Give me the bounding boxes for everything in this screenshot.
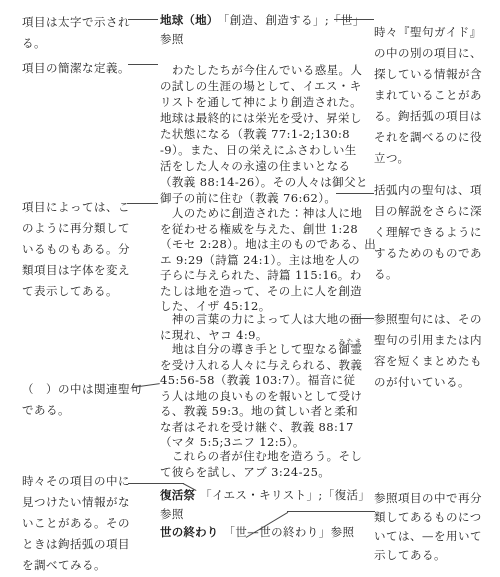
annotation-subclassification: 項目によっては、このように再分類しているものもある。分類項目は字体を変えて表示し… (22, 197, 152, 302)
text-line: に現れ、ヤコ 4:9。 (160, 328, 364, 344)
text-line: 括弧内の聖句は、項 (374, 180, 500, 201)
entry-paragraph-inheritance: 地は自分の導き手として聖なる御霊みたまを受け入れる人々に与えられる、教義45:5… (160, 342, 364, 451)
text-line: のように再分類して (22, 218, 152, 239)
text-line: 目の解説をさらに深 (374, 201, 500, 222)
annotation-reference-summaries: 参照聖句には、その聖句の引用または内容を短くまとめたものが付いている。 (374, 309, 500, 393)
text-line: ときは鉤括弧の項目 (22, 534, 152, 555)
text-line: たしは地を造って、その上に人を創造 (160, 284, 364, 300)
text-line: の試しの生涯の場として、イエス・キ (160, 78, 364, 94)
text-line: 活をした人々の永遠の住まいとなる (160, 158, 364, 174)
text-line: 時々『聖句ガイド』 (374, 22, 500, 43)
text-line: （モセ 2:28）。地は主のものである、出 (160, 237, 364, 253)
leader-line-dash-subclassified (287, 511, 375, 512)
entry-paragraph-created-for-man: 人のために創造された：神は人に地を従わせる権威を与えた、創世 1:28（モセ 2… (160, 206, 364, 315)
text-line: 子らに与えられた、詩篇 115:16。わ (160, 268, 364, 284)
text-line: リストを通して神により創造された。 (160, 94, 364, 110)
text-line: 類項目は字体を変え (22, 260, 152, 281)
text-line: る。 (374, 264, 500, 285)
text-line: 項目は太字で示され (22, 12, 152, 33)
text-line: 45:56-58（教義 103:7）。福音に従 (160, 373, 364, 389)
leader-line-subclassification (127, 203, 158, 204)
text-line: 示してある。 (374, 546, 500, 565)
scripture-guide-sample-page: 項目は太字で示される。 項目の簡潔な定義。 項目によっては、このように再分類して… (0, 0, 500, 577)
text-line: 人のために創造された：神は人に地 (160, 206, 364, 222)
entry-easter-refs-cont: 参照 (160, 505, 364, 524)
text-line: それを調べるのに役 (374, 127, 500, 148)
text-line: -9）。また、日の栄えにふさわしい生 (160, 142, 364, 158)
text-line: 地球は最終的には栄光を受け、昇栄し (160, 110, 364, 126)
text-line: た状態になる（教義 77:1-2;130:8 (160, 126, 364, 142)
text-line: これらの者が住む地を造ろう。そし (160, 449, 364, 465)
text-line: く理解できるように (374, 222, 500, 243)
text-line: （ ）の中は関連聖句 (22, 379, 152, 400)
entry-easter-refs: 「イエス・キリスト」;「復活」 (200, 488, 370, 502)
text-line: いては、—を用いて (374, 527, 500, 546)
text-line: するためのものであ (374, 243, 500, 264)
text-line: 項目によっては、こ (22, 197, 152, 218)
entry-earth-head: 地球（地）「創造、創造する」;「世」 参照 (160, 11, 364, 49)
text-line: 参照項目の中で再分 (374, 489, 500, 508)
text-line: る。鉤括弧の項目は (374, 106, 500, 127)
text-line: を受け入れる人々に与えられる、教義 (160, 358, 364, 374)
leader-line-reference-summaries (350, 318, 374, 319)
annotation-bracketed-lookup: 時々その項目の中に見つけたい情報がないことがある。そのときは鉤括弧の項目を調べて… (22, 471, 152, 576)
text-line: の中の別の項目に、 (374, 43, 500, 64)
text-line: いことがある。その (22, 513, 152, 534)
text-line: 神の言葉の力によって人は大地の面 (160, 312, 364, 328)
text-line: 時々その項目の中に (22, 471, 152, 492)
leader-line-bracketed-lookup (128, 483, 184, 484)
entry-paragraph-word-of-god: 神の言葉の力によって人は大地の面に現れ、ヤコ 4:9。 (160, 312, 364, 343)
text-line: 類してあるものにつ (374, 508, 500, 527)
text-line: う人は地の良いものを報いとして受け (160, 389, 364, 405)
ruby-furigana: みたま (338, 335, 362, 351)
entry-easter-term: 復活祭 (160, 488, 195, 502)
text-line: 項目の簡潔な定義。 (22, 58, 152, 79)
text-line: のが付いている。 (374, 372, 500, 393)
annotation-related-verses: （ ）の中は関連聖句である。 (22, 379, 152, 421)
text-line: 御子の前に住む（教義 76:62）。 (160, 190, 364, 206)
text-line: 立つ。 (374, 148, 500, 169)
text-line: わたしたちが今住んでいる惑星。人 (160, 62, 364, 78)
entry-end-of-world-term: 世の終わり (160, 525, 219, 539)
leader-line-other-entries (334, 19, 374, 20)
text-line: （教義 88:14-26）。その人々は御父と (160, 174, 364, 190)
text-line: る。 (22, 33, 152, 54)
entry-refs-cont: 参照 (160, 30, 364, 49)
text-line: 探している情報が含 (374, 64, 500, 85)
annotation-short-definition: 項目の簡潔な定義。 (22, 58, 152, 79)
leader-line-short-definition (128, 64, 158, 65)
text-line: いるものもある。分 (22, 239, 152, 260)
text-line: る、教義 59:3。地の貧しい者と柔和 (160, 404, 364, 420)
annotation-other-entries: 時々『聖句ガイド』の中の別の項目に、探している情報が含まれていることがある。鉤括… (374, 22, 500, 169)
text-line: を調べてみる。 (22, 555, 152, 576)
entry-term: 地球（地） (160, 13, 219, 27)
text-line: まれていることがあ (374, 85, 500, 106)
text-line: エ 9:29（詩篇 24:1）。主は地を人の (160, 253, 364, 269)
entry-paragraph-definition: わたしたちが今住んでいる惑星。人の試しの生涯の場として、イエス・キリストを通して… (160, 62, 364, 206)
annotation-dash-subclassified: 参照項目の中で再分類してあるものについては、—を用いて示してある。 (374, 489, 500, 565)
entry-refs: 「創造、創造する」;「世」 (224, 13, 365, 27)
text-line: な者はそれを受け継ぐ、教義 88:17 (160, 420, 364, 436)
text-line: 参照聖句には、その (374, 309, 500, 330)
leader-line-parenthetical-refs (336, 193, 374, 194)
entry-paragraph-abraham: これらの者が住む地を造ろう。そして彼らを試し、アブ 3:24-25。 (160, 449, 364, 480)
entry-easter: 復活祭「イエス・キリスト」;「復活」 参照 (160, 486, 364, 524)
text-line: 見つけたい情報がな (22, 492, 152, 513)
text-line: て表示してある。 (22, 281, 152, 302)
entry-end-of-world-refs: 「世—世の終わり」参照 (224, 525, 355, 539)
text-line: 聖句の引用または内 (374, 330, 500, 351)
text-line: て彼らを試し、アブ 3:24-25。 (160, 465, 364, 481)
annotation-parenthetical-refs: 括弧内の聖句は、項目の解説をさらに深く理解できるようにするためのものである。 (374, 180, 500, 285)
text-line: を従わせる権威を与えた、創世 1:28 (160, 222, 364, 238)
text-line: 地は自分の導き手として聖なる御霊みたま (160, 342, 364, 358)
text-line: 容を短くまとめたも (374, 351, 500, 372)
leader-line-bold-entries (128, 19, 158, 20)
text-line: である。 (22, 400, 152, 421)
ruby-base: 御霊みたま (339, 342, 363, 356)
